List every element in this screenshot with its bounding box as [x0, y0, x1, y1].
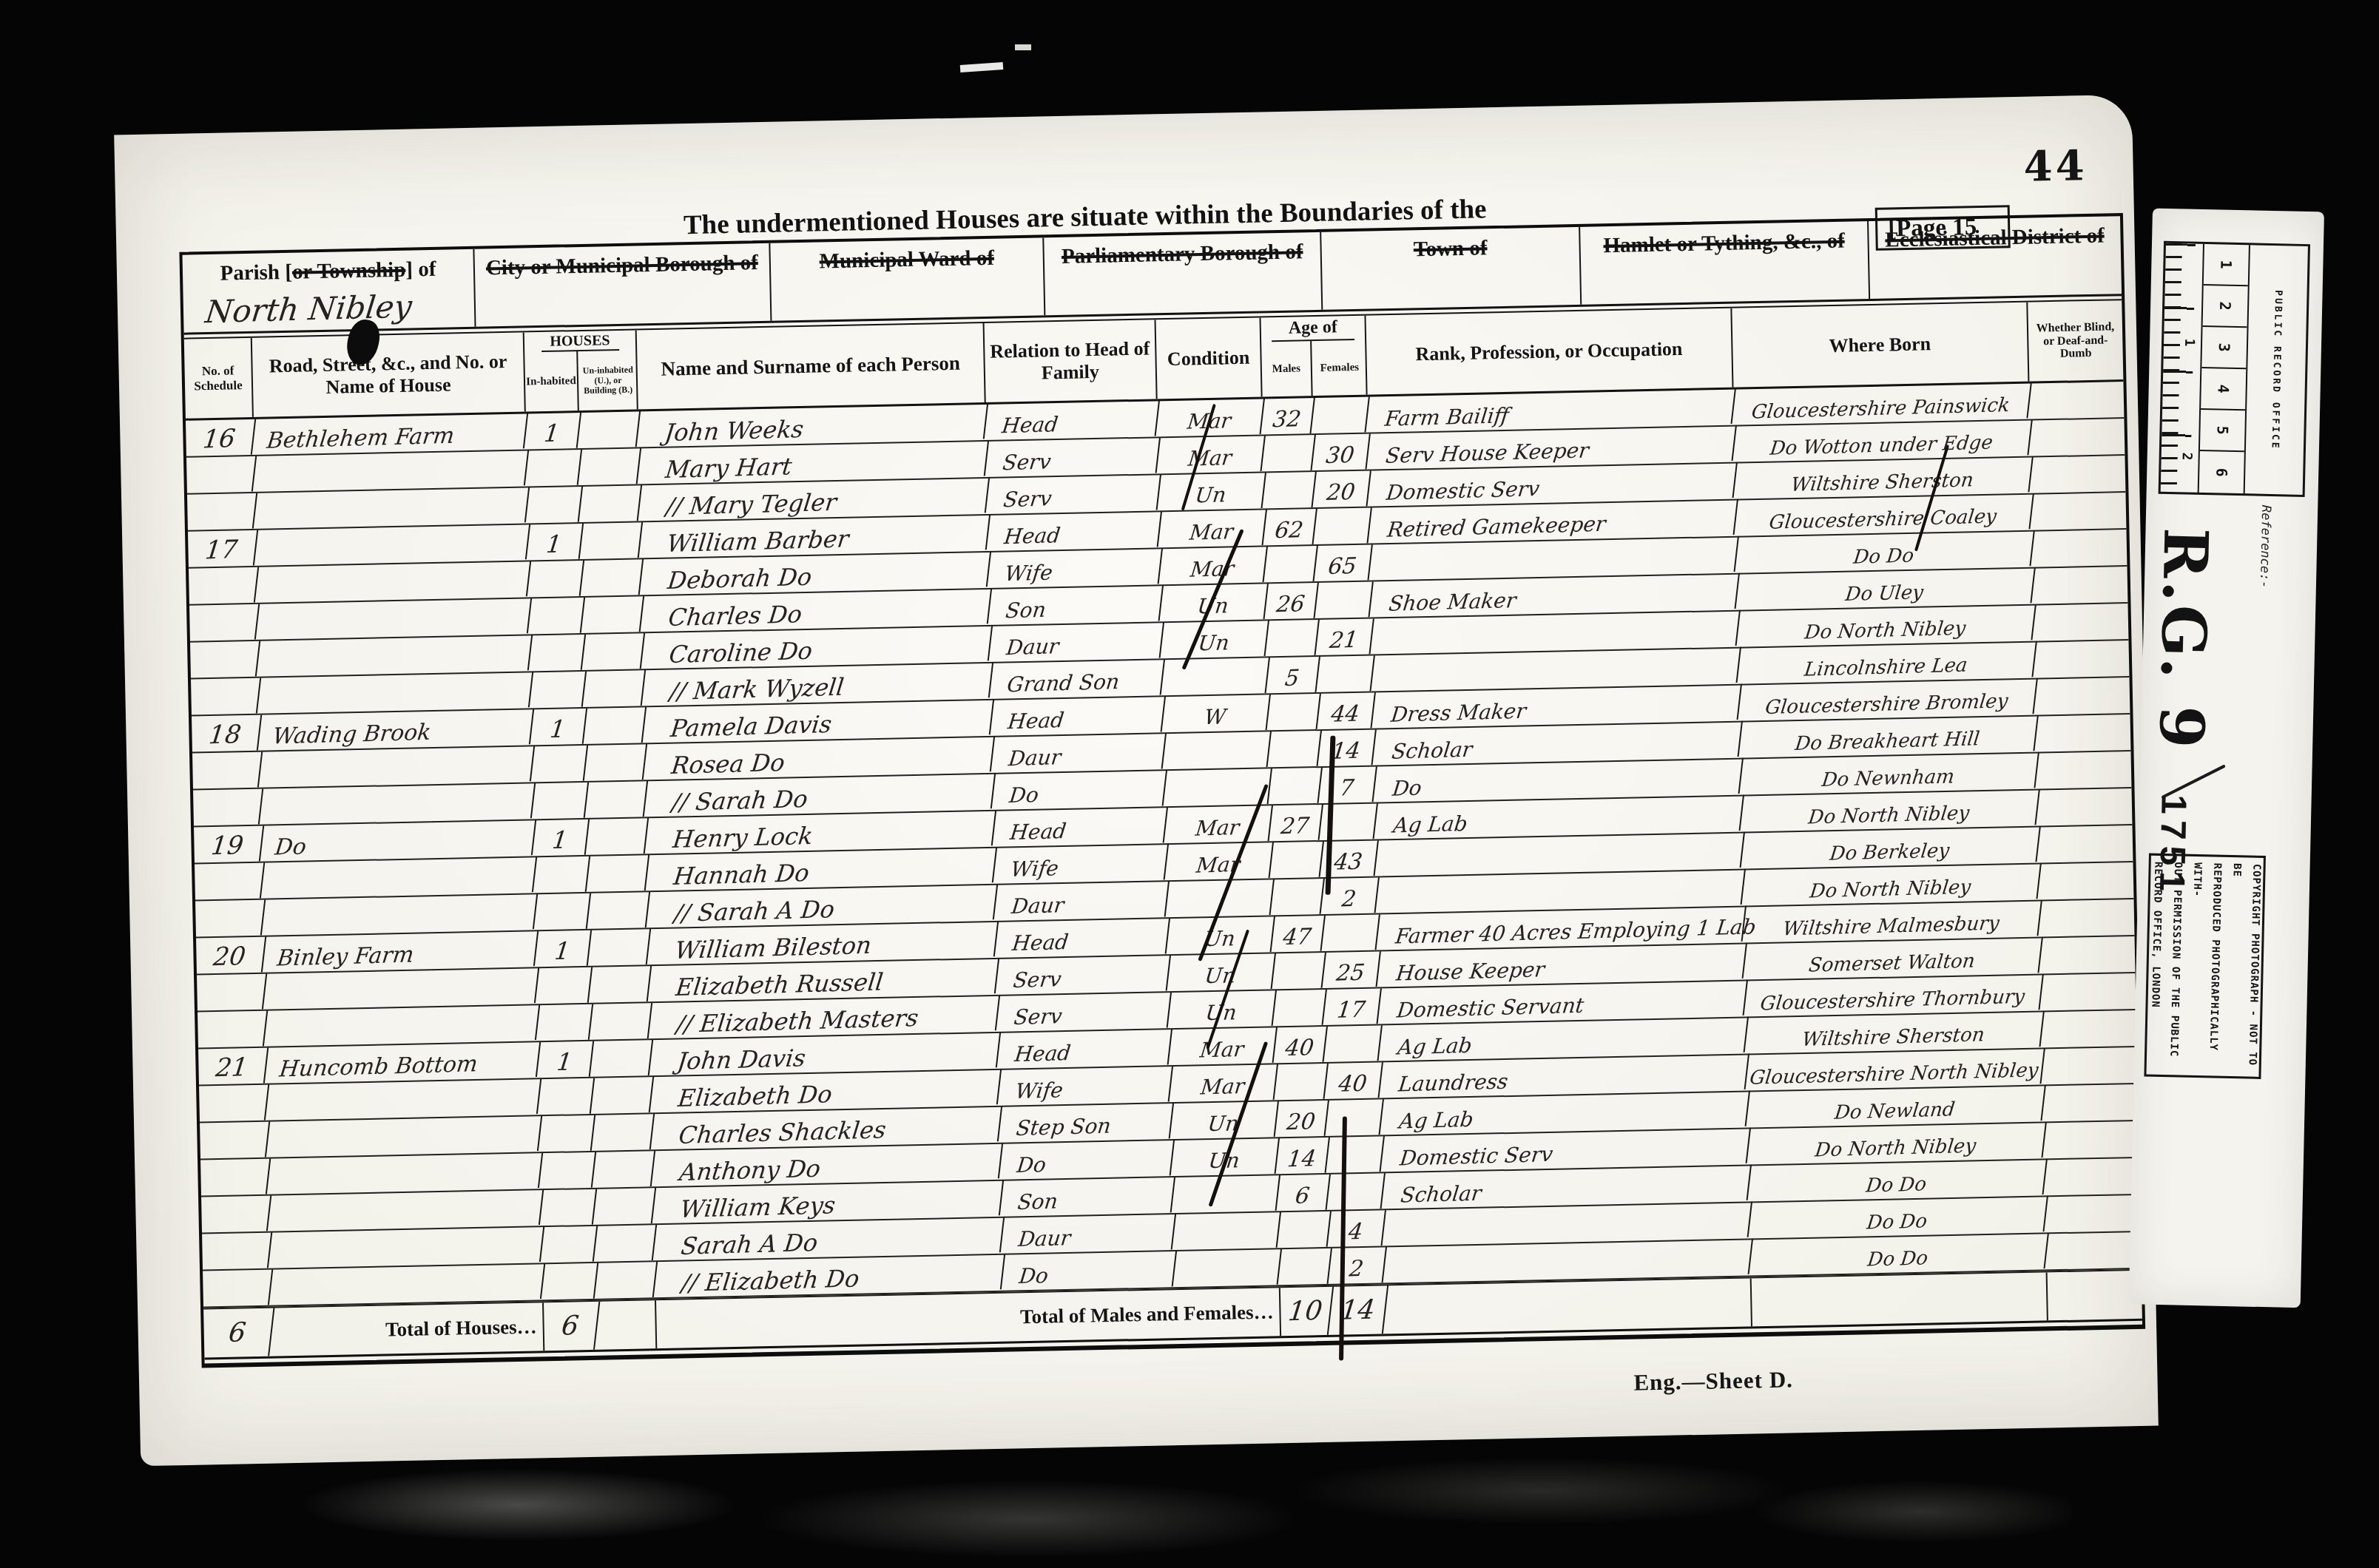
column-header-females: Females [1312, 340, 1367, 396]
condition-cell: Un [1170, 1101, 1279, 1140]
ruler-box: 1 2 123456 PUBLIC RECORD OFFICE [2159, 241, 2310, 497]
condition-cell: W [1161, 695, 1271, 733]
relation-cell: Son [1000, 1177, 1176, 1217]
age-males-cell [1263, 546, 1317, 583]
age-females-cell [1313, 507, 1371, 544]
total-males-females-label: Total of Males and Females… [656, 1288, 1281, 1348]
inch-label: 2 [2179, 452, 2195, 460]
house-cell [256, 598, 533, 641]
age-males-cell [1270, 879, 1324, 916]
public-record-office-label: PUBLIC RECORD OFFICE [2245, 245, 2308, 495]
jurisdiction-label: Municipal Ward of [809, 246, 1005, 274]
relation-cell: Do [999, 1140, 1175, 1180]
jurisdiction-field: Hamlet or Tything, &c., of [1580, 221, 1870, 305]
schedule-cell [186, 493, 258, 530]
age-males-cell [1272, 990, 1326, 1027]
header-text: No. of [202, 364, 234, 379]
inhabited-cell [529, 635, 586, 672]
uninhabited-cell [593, 1188, 656, 1225]
condition-cell [1161, 658, 1270, 696]
relation-cell: Head [984, 400, 1160, 440]
age-females-cell: 14 [1317, 729, 1376, 766]
uninhabited-cell [590, 1003, 652, 1040]
infirmity-cell [2042, 973, 2136, 1011]
name-cell: // Elizabeth Do [654, 1254, 1006, 1299]
jurisdiction-field: Parliamentary Borough of [1044, 232, 1323, 316]
copyright-line: REPRODUCED PHOTOGRAPHICALLY WITH- [2183, 862, 2227, 1070]
schedule-cell: 19 [192, 825, 265, 863]
jurisdiction-label: Parish [or Township] of [209, 257, 447, 287]
inhabited-cell: 1 [530, 709, 587, 746]
age-females-cell [1311, 396, 1369, 433]
age-females-cell: 65 [1314, 544, 1372, 581]
schedule-cell: 21 [197, 1047, 269, 1085]
age-males-cell [1277, 1212, 1331, 1248]
inhabited-cell [531, 746, 588, 783]
birthplace-cell: Gloucestershire North Nibley [1745, 1048, 2045, 1092]
column-header-road: Road, Street, &c., and No. or Name of Ho… [252, 332, 526, 416]
birthplace-cell: Wiltshire Malmesbury [1742, 900, 2042, 944]
uninhabited-cell [578, 411, 641, 448]
copyright-text: COPYRIGHT PHOTOGRAPH - NOT TO BEREPRODUC… [2144, 862, 2267, 1071]
age-females-cell [1326, 1136, 1384, 1173]
house-cell [257, 672, 534, 714]
age-females-cell [1323, 1025, 1382, 1062]
schedule-cell [198, 1084, 270, 1122]
infirmity-cell [2032, 530, 2127, 567]
infirmity-cell [2038, 788, 2133, 826]
age-males-cell: 6 [1276, 1175, 1330, 1212]
schedule-cell [185, 456, 257, 493]
house-cell: Wading Brook [258, 709, 535, 751]
infirmity-cell [2041, 936, 2136, 974]
jurisdiction-field: Parish [or Township] ofNorth Nibley [182, 249, 476, 333]
inhabited-cell [533, 856, 590, 893]
relation-cell: Daur [1001, 1214, 1177, 1254]
birthplace-cell: Gloucestershire Thornbury [1744, 974, 2044, 1018]
age-males-cell: 5 [1266, 657, 1320, 694]
house-cell [257, 635, 533, 677]
age-males-cell: 62 [1263, 509, 1317, 546]
birthplace-cell: Do Berkeley [1741, 826, 2041, 870]
house-cell [254, 524, 531, 567]
uninhabited-cell [583, 670, 646, 707]
relation-cell: Head [990, 696, 1166, 736]
column-header-occupation: Rank, Profession, or Occupation [1366, 308, 1733, 395]
ruler-number-cell: 3 [2201, 327, 2247, 369]
age-males-cell: 20 [1275, 1101, 1329, 1138]
inhabited-cell [538, 1078, 595, 1115]
uninhabited-cell [593, 1151, 655, 1188]
copyright-box: COPYRIGHT PHOTOGRAPH - NOT TO BEREPRODUC… [2144, 854, 2266, 1079]
column-header-inhabited: In-habited [524, 351, 579, 411]
census-page: 44 The undermentioned Houses are situate… [114, 95, 2159, 1466]
relation-cell: Head [986, 511, 1162, 551]
house-cell [262, 893, 539, 936]
schedule-cell: 16 [184, 419, 257, 456]
house-cell [269, 1263, 546, 1306]
relation-cell: Serv [985, 437, 1161, 477]
age-females-cell: 7 [1318, 766, 1377, 803]
uninhabited-cell [588, 929, 651, 966]
inhabited-cell [526, 487, 583, 524]
column-header-relation: Relation to Head of Family [985, 320, 1158, 402]
age-females-cell: 40 [1324, 1062, 1383, 1099]
age-males-cell [1269, 842, 1323, 879]
empty-cell [1752, 1272, 2048, 1326]
age-males-cell: 27 [1269, 805, 1323, 842]
jurisdiction-label: Parliamentary Borough of [1051, 240, 1314, 269]
house-cell [254, 487, 530, 530]
birthplace-cell: Do Do [1748, 1196, 2048, 1240]
ruler-number: 1 [2217, 260, 2235, 269]
jurisdiction-label: Hamlet or Tything, &c., of [1593, 229, 1855, 258]
column-header-infirmity: Whether Blind, or Deaf-and-Dumb [2028, 300, 2123, 382]
age-males-cell [1272, 953, 1326, 990]
total-houses-label: Total of Houses… [271, 1302, 544, 1356]
ruler-number: 4 [2215, 384, 2233, 393]
relation-cell: Daur [991, 733, 1167, 773]
uninhabited-cell [581, 596, 644, 633]
relation-cell: Do [991, 770, 1167, 810]
infirmity-cell [2037, 751, 2132, 789]
inhabited-cell [536, 967, 593, 1004]
age-males-cell [1265, 620, 1319, 657]
column-header-males: Males [1261, 341, 1312, 396]
uninhabited-cell [580, 522, 643, 559]
inhabited-cell [541, 1263, 598, 1300]
schedule-cell [194, 899, 266, 937]
condition-cell [1172, 1249, 1282, 1288]
record-series-label: R.G. 9 [2145, 499, 2221, 781]
jurisdiction-label: Ecclesiastical District of [1874, 223, 2115, 253]
birthplace-cell: Gloucestershire Coaley [1734, 493, 2034, 537]
condition-cell: Mar [1158, 547, 1268, 585]
schedule-cell [193, 862, 266, 900]
jurisdiction-field: Town of [1321, 227, 1582, 310]
schedule-cell [189, 677, 262, 715]
condition-cell [1162, 731, 1272, 770]
age-males-cell: 40 [1273, 1027, 1327, 1064]
birthplace-cell: Wiltshire Sherston [1744, 1011, 2045, 1055]
office-text: PUBLIC RECORD OFFICE [2269, 290, 2284, 450]
inhabited-cell [528, 598, 585, 635]
reference-label: Reference:- [2255, 505, 2274, 668]
birthplace-cell: Gloucestershire Painswick [1732, 382, 2032, 426]
age-males-cell [1278, 1248, 1332, 1285]
schedule-total: 6 [201, 1308, 274, 1358]
infirmity-cell [2029, 382, 2124, 419]
schedule-cell: 18 [190, 714, 263, 752]
ruler-number: 6 [2213, 467, 2230, 477]
schedule-cell: 20 [195, 936, 267, 974]
total-houses-value: 6 [541, 1301, 600, 1351]
condition-cell: Un [1157, 473, 1266, 511]
house-cell [255, 561, 532, 604]
birthplace-cell: Do Newland [1746, 1085, 2046, 1129]
infirmity-cell [2031, 493, 2126, 530]
schedule-cell [187, 567, 260, 604]
column-header-age: Age of Males Females [1261, 316, 1367, 397]
house-cell [260, 783, 536, 825]
uninhabited-cell [589, 966, 652, 1003]
infirmity-cell [2037, 714, 2131, 752]
birthplace-cell: Do Breakheart Hill [1738, 715, 2039, 759]
uninhabited-cell [581, 559, 644, 596]
age-males-cell: 14 [1275, 1138, 1329, 1175]
age-females-cell [1321, 914, 1380, 951]
infirmity-cell [2047, 1232, 2142, 1270]
uninhabited-cell [594, 1225, 657, 1262]
inhabited-cell [539, 1115, 595, 1152]
inhabited-cell: 1 [537, 1041, 594, 1078]
film-scratch-mark [960, 62, 1004, 72]
inhabited-cell [536, 1004, 593, 1041]
total-females-value: 14 [1329, 1285, 1388, 1335]
house-cell [268, 1189, 544, 1232]
total-males-value: 10 [1278, 1287, 1334, 1336]
ruler-number: 2 [2216, 301, 2234, 311]
schedule-cell [198, 1121, 271, 1159]
age-males-cell: 47 [1271, 916, 1325, 953]
house-cell [266, 1115, 543, 1158]
infirmity-cell [2034, 604, 2128, 641]
house-cell [261, 856, 538, 899]
age-females-cell: 25 [1322, 951, 1380, 988]
age-males-cell: 32 [1261, 398, 1315, 435]
age-females-cell: 17 [1323, 988, 1381, 1025]
condition-cell: Mar [1158, 510, 1267, 548]
birthplace-cell: Do Do [1749, 1233, 2049, 1277]
relation-cell: Wife [993, 844, 1169, 884]
uninhabited-cell [586, 818, 649, 855]
birthplace-cell: Do Uley [1735, 567, 2036, 611]
infirmity-cell [2039, 825, 2133, 863]
condition-cell [1172, 1212, 1281, 1251]
inch-label: 1 [2181, 338, 2197, 346]
age-females-cell [1316, 655, 1374, 692]
ruler-number-cell: 2 [2203, 285, 2248, 328]
column-header-houses: HOUSES In-habited Un-inhabited (U.), or … [524, 330, 638, 411]
folio-number-stamp: 44 [2023, 141, 2088, 192]
condition-cell: Mar [1169, 1064, 1278, 1103]
infirmity-cell [2035, 641, 2130, 678]
ruler-number-cell: 1 [2204, 244, 2249, 286]
age-females-cell: 30 [1312, 433, 1370, 470]
column-header-born: Where Born [1732, 303, 2029, 388]
column-header-schedule: No. of Schedule [184, 338, 254, 419]
birthplace-cell: Do Do [1735, 530, 2035, 574]
relation-cell: Step Son [998, 1103, 1174, 1143]
relation-cell: Daur [988, 622, 1164, 662]
header-text: Schedule [194, 378, 243, 393]
house-cell [267, 1152, 544, 1195]
uninhabited-cell [582, 633, 645, 670]
age-females-cell [1315, 581, 1373, 618]
schedule-cell [195, 973, 268, 1011]
condition-cell: Mar [1164, 842, 1274, 881]
house-cell [259, 746, 536, 788]
infirmity-cell [2045, 1158, 2140, 1196]
film-scratch-mark [1015, 44, 1031, 50]
sheet-reference: Eng.—Sheet D. [1633, 1366, 1793, 1396]
age-males-cell: 26 [1264, 583, 1318, 620]
house-cell [263, 967, 540, 1010]
house-cell [253, 450, 530, 493]
condition-cell: Mar [1156, 436, 1266, 474]
ruler-number-cell: 4 [2201, 368, 2246, 410]
condition-cell: Un [1166, 916, 1275, 955]
infirmity-cell [2039, 862, 2134, 900]
infirmity-cell [2031, 456, 2125, 493]
birthplace-cell: Do Do [1747, 1159, 2048, 1203]
ruler-number: 3 [2216, 342, 2233, 352]
ruler-ticks: 1 2 [2161, 243, 2204, 493]
birthplace-cell: Somerset Walton [1743, 937, 2043, 981]
schedule-cell [200, 1232, 273, 1270]
ruler-number-cell: 5 [2200, 410, 2245, 452]
age-males-cell [1267, 731, 1321, 768]
census-table: Parish [or Township] ofNorth NibleyCity … [179, 213, 2145, 1368]
uninhabited-cell [591, 1077, 654, 1114]
schedule-cell [199, 1158, 271, 1196]
condition-cell: Un [1160, 621, 1269, 659]
inhabited-cell [527, 561, 584, 598]
inhabited-cell [525, 450, 582, 487]
microfilm-photo-background: 44 The undermentioned Houses are situate… [0, 0, 2379, 1568]
uninhabited-cell [585, 781, 648, 818]
ruler-numbers: 123456 [2199, 244, 2250, 493]
schedule-cell [201, 1269, 274, 1307]
house-cell: Bethlehem Farm [252, 413, 529, 456]
empty-cell [597, 1300, 657, 1350]
relation-cell: Son [988, 585, 1164, 625]
schedule-cell [191, 751, 263, 789]
schedule-cell [196, 1010, 269, 1048]
birthplace-cell: Gloucestershire Bromley [1738, 678, 2038, 722]
uninhabited-cell [587, 855, 649, 892]
birthplace-cell: Do North Nibley [1740, 789, 2040, 833]
inhabited-cell [532, 783, 589, 820]
header-text: Age of [1271, 316, 1354, 342]
relation-cell: Serv [985, 474, 1161, 514]
inhabited-cell [530, 672, 587, 709]
column-header-name: Name and Surname of each Person [637, 323, 986, 409]
inhabited-cell: 1 [535, 930, 592, 967]
uninhabited-cell [578, 448, 641, 485]
parish-name-handwritten: North Nibley [203, 288, 414, 330]
infirmity-cell [2030, 419, 2125, 456]
house-cell [266, 1078, 542, 1121]
house-cell: Do [260, 820, 537, 862]
copyright-line: COPYRIGHT PHOTOGRAPH - NOT TO BE [2222, 863, 2266, 1071]
house-cell [264, 1004, 541, 1047]
birthplace-cell: Do North Nibley [1741, 863, 2042, 907]
schedule-cell [189, 641, 261, 678]
schedule-cell [200, 1195, 272, 1233]
age-females-cell [1325, 1099, 1383, 1136]
infirmity-cell [2040, 899, 2135, 937]
age-females-cell: 44 [1317, 692, 1375, 729]
relation-cell: Do [1002, 1251, 1178, 1291]
inhabited-cell [541, 1226, 598, 1263]
birthplace-cell: Wiltshire Sherston [1733, 456, 2034, 500]
jurisdiction-label: City or Municipal Borough of [476, 251, 769, 281]
infirmity-cell [2042, 1010, 2137, 1048]
house-cell: Binley Farm [263, 930, 539, 973]
column-header-condition: Condition [1156, 317, 1263, 399]
inhabited-cell [539, 1152, 596, 1189]
jurisdiction-field: City or Municipal Borough of [474, 243, 772, 327]
relation-cell: Head [992, 807, 1168, 847]
relation-cell: Serv [996, 992, 1172, 1032]
empty-cell [1386, 1278, 1752, 1334]
relation-cell: Grand Son [989, 659, 1165, 699]
schedule-cell: 17 [186, 530, 259, 567]
relation-cell: Head [996, 1029, 1172, 1069]
house-cell [269, 1226, 545, 1269]
infirmity-cell [2044, 1084, 2139, 1122]
uninhabited-cell [590, 1040, 653, 1077]
census-rows: 16Bethlehem Farm1John WeeksHeadMar32Farm… [186, 382, 2142, 1308]
schedule-cell [188, 604, 260, 641]
age-males-cell [1274, 1064, 1328, 1101]
uninhabited-cell [592, 1114, 655, 1151]
infirmity-cell [2045, 1121, 2139, 1159]
age-females-cell: 21 [1315, 618, 1374, 655]
jurisdiction-field: Ecclesiastical District of [1869, 216, 2122, 299]
relation-cell: Wife [987, 548, 1163, 588]
inhabited-cell: 1 [524, 413, 581, 450]
relation-cell: Head [994, 918, 1170, 958]
infirmity-cell [2033, 567, 2127, 604]
relation-cell: Wife [997, 1066, 1173, 1106]
age-females-cell: 20 [1312, 470, 1371, 507]
birthplace-cell: Do North Nibley [1747, 1122, 2047, 1166]
house-cell: Huncomb Bottom [265, 1041, 541, 1084]
uninhabited-cell [584, 707, 647, 744]
inhabited-cell: 1 [533, 820, 590, 856]
ruler-number-cell: 6 [2199, 451, 2244, 493]
age-males-cell [1268, 768, 1322, 805]
age-males-cell [1262, 472, 1316, 509]
infirmity-cell [2036, 677, 2130, 715]
relation-cell: Daur [993, 881, 1170, 921]
jurisdiction-field: Municipal Ward of [770, 237, 1045, 320]
ruler-number: 5 [2213, 425, 2231, 435]
column-header-uninhabited: Un-inhabited (U.), or Building (B.) [578, 351, 638, 410]
birthplace-cell: Lincolnshire Lea [1737, 641, 2037, 685]
age-males-cell [1266, 694, 1320, 731]
pro-reference-strip: 1 2 123456 PUBLIC RECORD OFFICE R.G. 9 R… [2129, 208, 2324, 1308]
empty-cell [2048, 1271, 2142, 1321]
inhabited-cell: 1 [527, 524, 584, 561]
uninhabited-cell [587, 892, 650, 929]
birthplace-cell: Do Wotton under Edge [1732, 419, 2033, 463]
uninhabited-cell [584, 744, 647, 781]
relation-cell: Serv [995, 955, 1171, 995]
age-females-cell: 4 [1327, 1210, 1386, 1247]
uninhabited-cell [595, 1262, 658, 1299]
jurisdiction-label: Town of [1403, 236, 1498, 263]
birthplace-cell: Do North Nibley [1736, 604, 2037, 648]
condition-cell [1163, 768, 1272, 807]
age-females-cell [1326, 1173, 1385, 1210]
uninhabited-cell [579, 485, 642, 522]
infirmity-cell [2043, 1047, 2138, 1085]
schedule-cell [192, 788, 264, 826]
infirmity-cell [2046, 1195, 2141, 1233]
